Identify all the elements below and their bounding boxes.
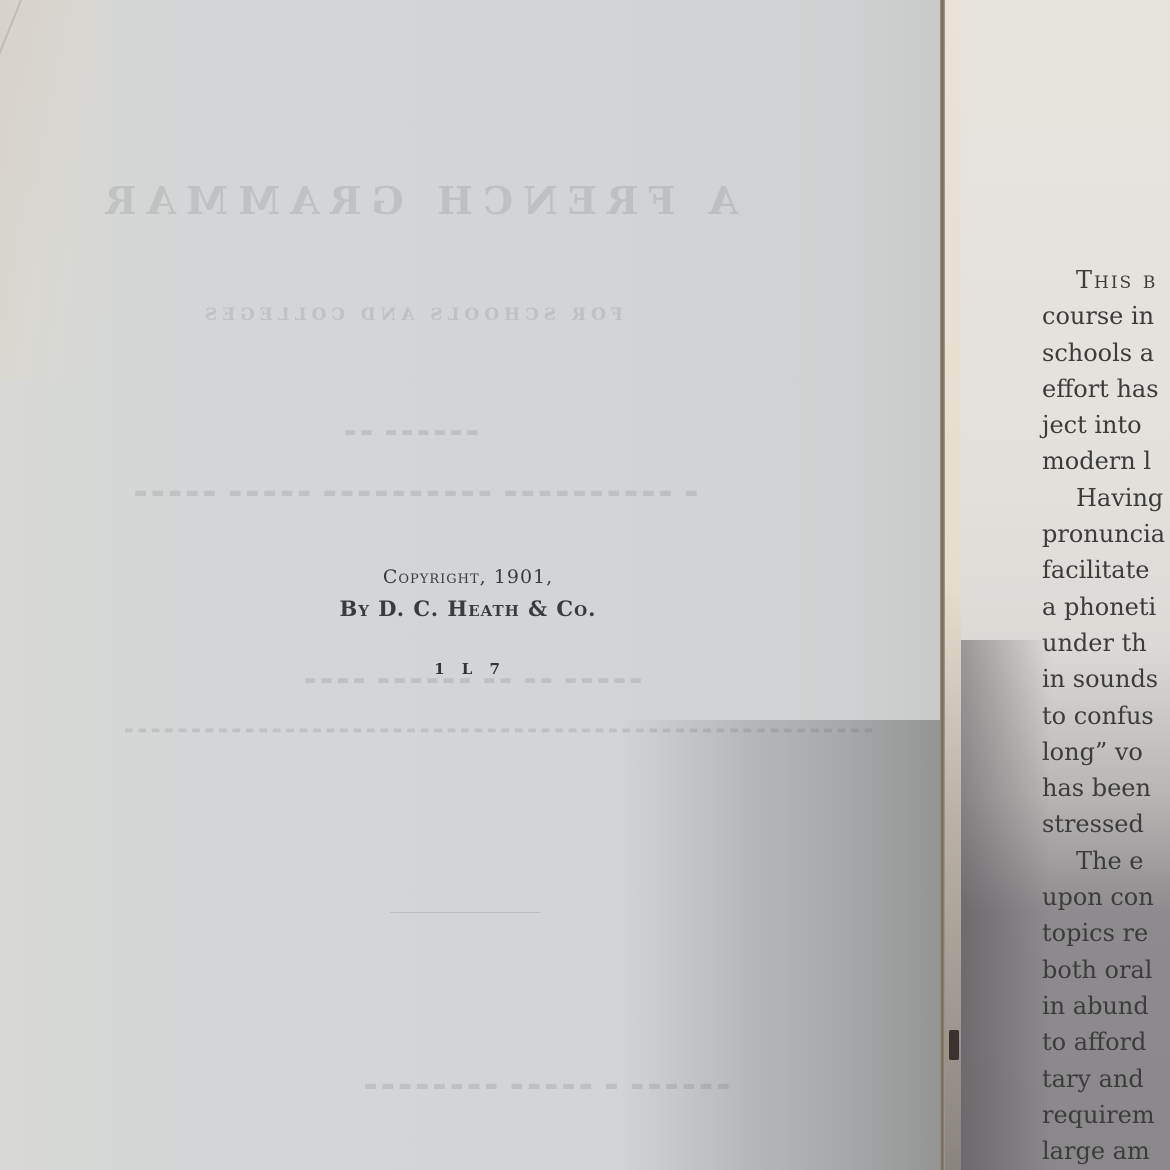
show-through-rule xyxy=(390,912,540,913)
text-line: requirem xyxy=(1042,1097,1170,1133)
hand-shadow xyxy=(620,720,942,1170)
text-line: under th xyxy=(1042,625,1170,661)
text-line: course in xyxy=(1042,298,1170,334)
text-line: facilitate xyxy=(1042,552,1170,588)
text-line: to confus xyxy=(1042,698,1170,734)
copyright-publisher-line: By D. C. Heath & Co. xyxy=(268,593,668,624)
text-line: The e xyxy=(1042,843,1170,879)
text-line: ject into xyxy=(1042,407,1170,443)
text-line: This b xyxy=(1042,262,1170,298)
page-tear xyxy=(949,1030,959,1060)
text-line: topics re xyxy=(1042,915,1170,951)
text-line: a phoneti xyxy=(1042,589,1170,625)
text-line: schools a xyxy=(1042,335,1170,371)
text-line: Having xyxy=(1042,480,1170,516)
text-line: tary and xyxy=(1042,1061,1170,1097)
text-line: to afford xyxy=(1042,1024,1170,1060)
hand-shadow-right xyxy=(961,640,1051,1170)
text-line: has been xyxy=(1042,770,1170,806)
text-line: modern l xyxy=(1042,443,1170,479)
text-line: large am xyxy=(1042,1133,1170,1169)
text-line: upon con xyxy=(1042,879,1170,915)
print-code: 1 L 7 xyxy=(420,660,520,678)
show-through-subtitle: FOR SCHOOLS AND COLLEGES xyxy=(200,305,623,325)
copyright-year-line: Copyright, 1901, xyxy=(268,562,668,593)
right-page-text: This b course in schools a effort has je… xyxy=(1042,262,1170,1169)
text-line: long” vo xyxy=(1042,734,1170,770)
text-line: both oral xyxy=(1042,952,1170,988)
text-line: pronuncia xyxy=(1042,516,1170,552)
copyright-notice: Copyright, 1901, By D. C. Heath & Co. xyxy=(268,562,668,624)
text-line: stressed xyxy=(1042,806,1170,842)
page-edge-strip xyxy=(945,0,961,1170)
text-line: in abund xyxy=(1042,988,1170,1024)
show-through-line: ▬▬▬▬▬▬ ▬▬ xyxy=(340,425,478,440)
show-through-line: ▬ ▬▬▬▬▬▬▬▬▬▬ ▬▬▬▬▬▬▬▬▬▬ ▬▬▬▬▬ ▬▬▬▬▬ xyxy=(130,485,698,501)
text-line: in sounds xyxy=(1042,661,1170,697)
paper-stain xyxy=(0,0,110,380)
left-page: A FRENCH GRAMMAR FOR SCHOOLS AND COLLEGE… xyxy=(0,0,942,1170)
show-through-title: A FRENCH GRAMMAR xyxy=(95,178,738,223)
text-line: effort has xyxy=(1042,371,1170,407)
